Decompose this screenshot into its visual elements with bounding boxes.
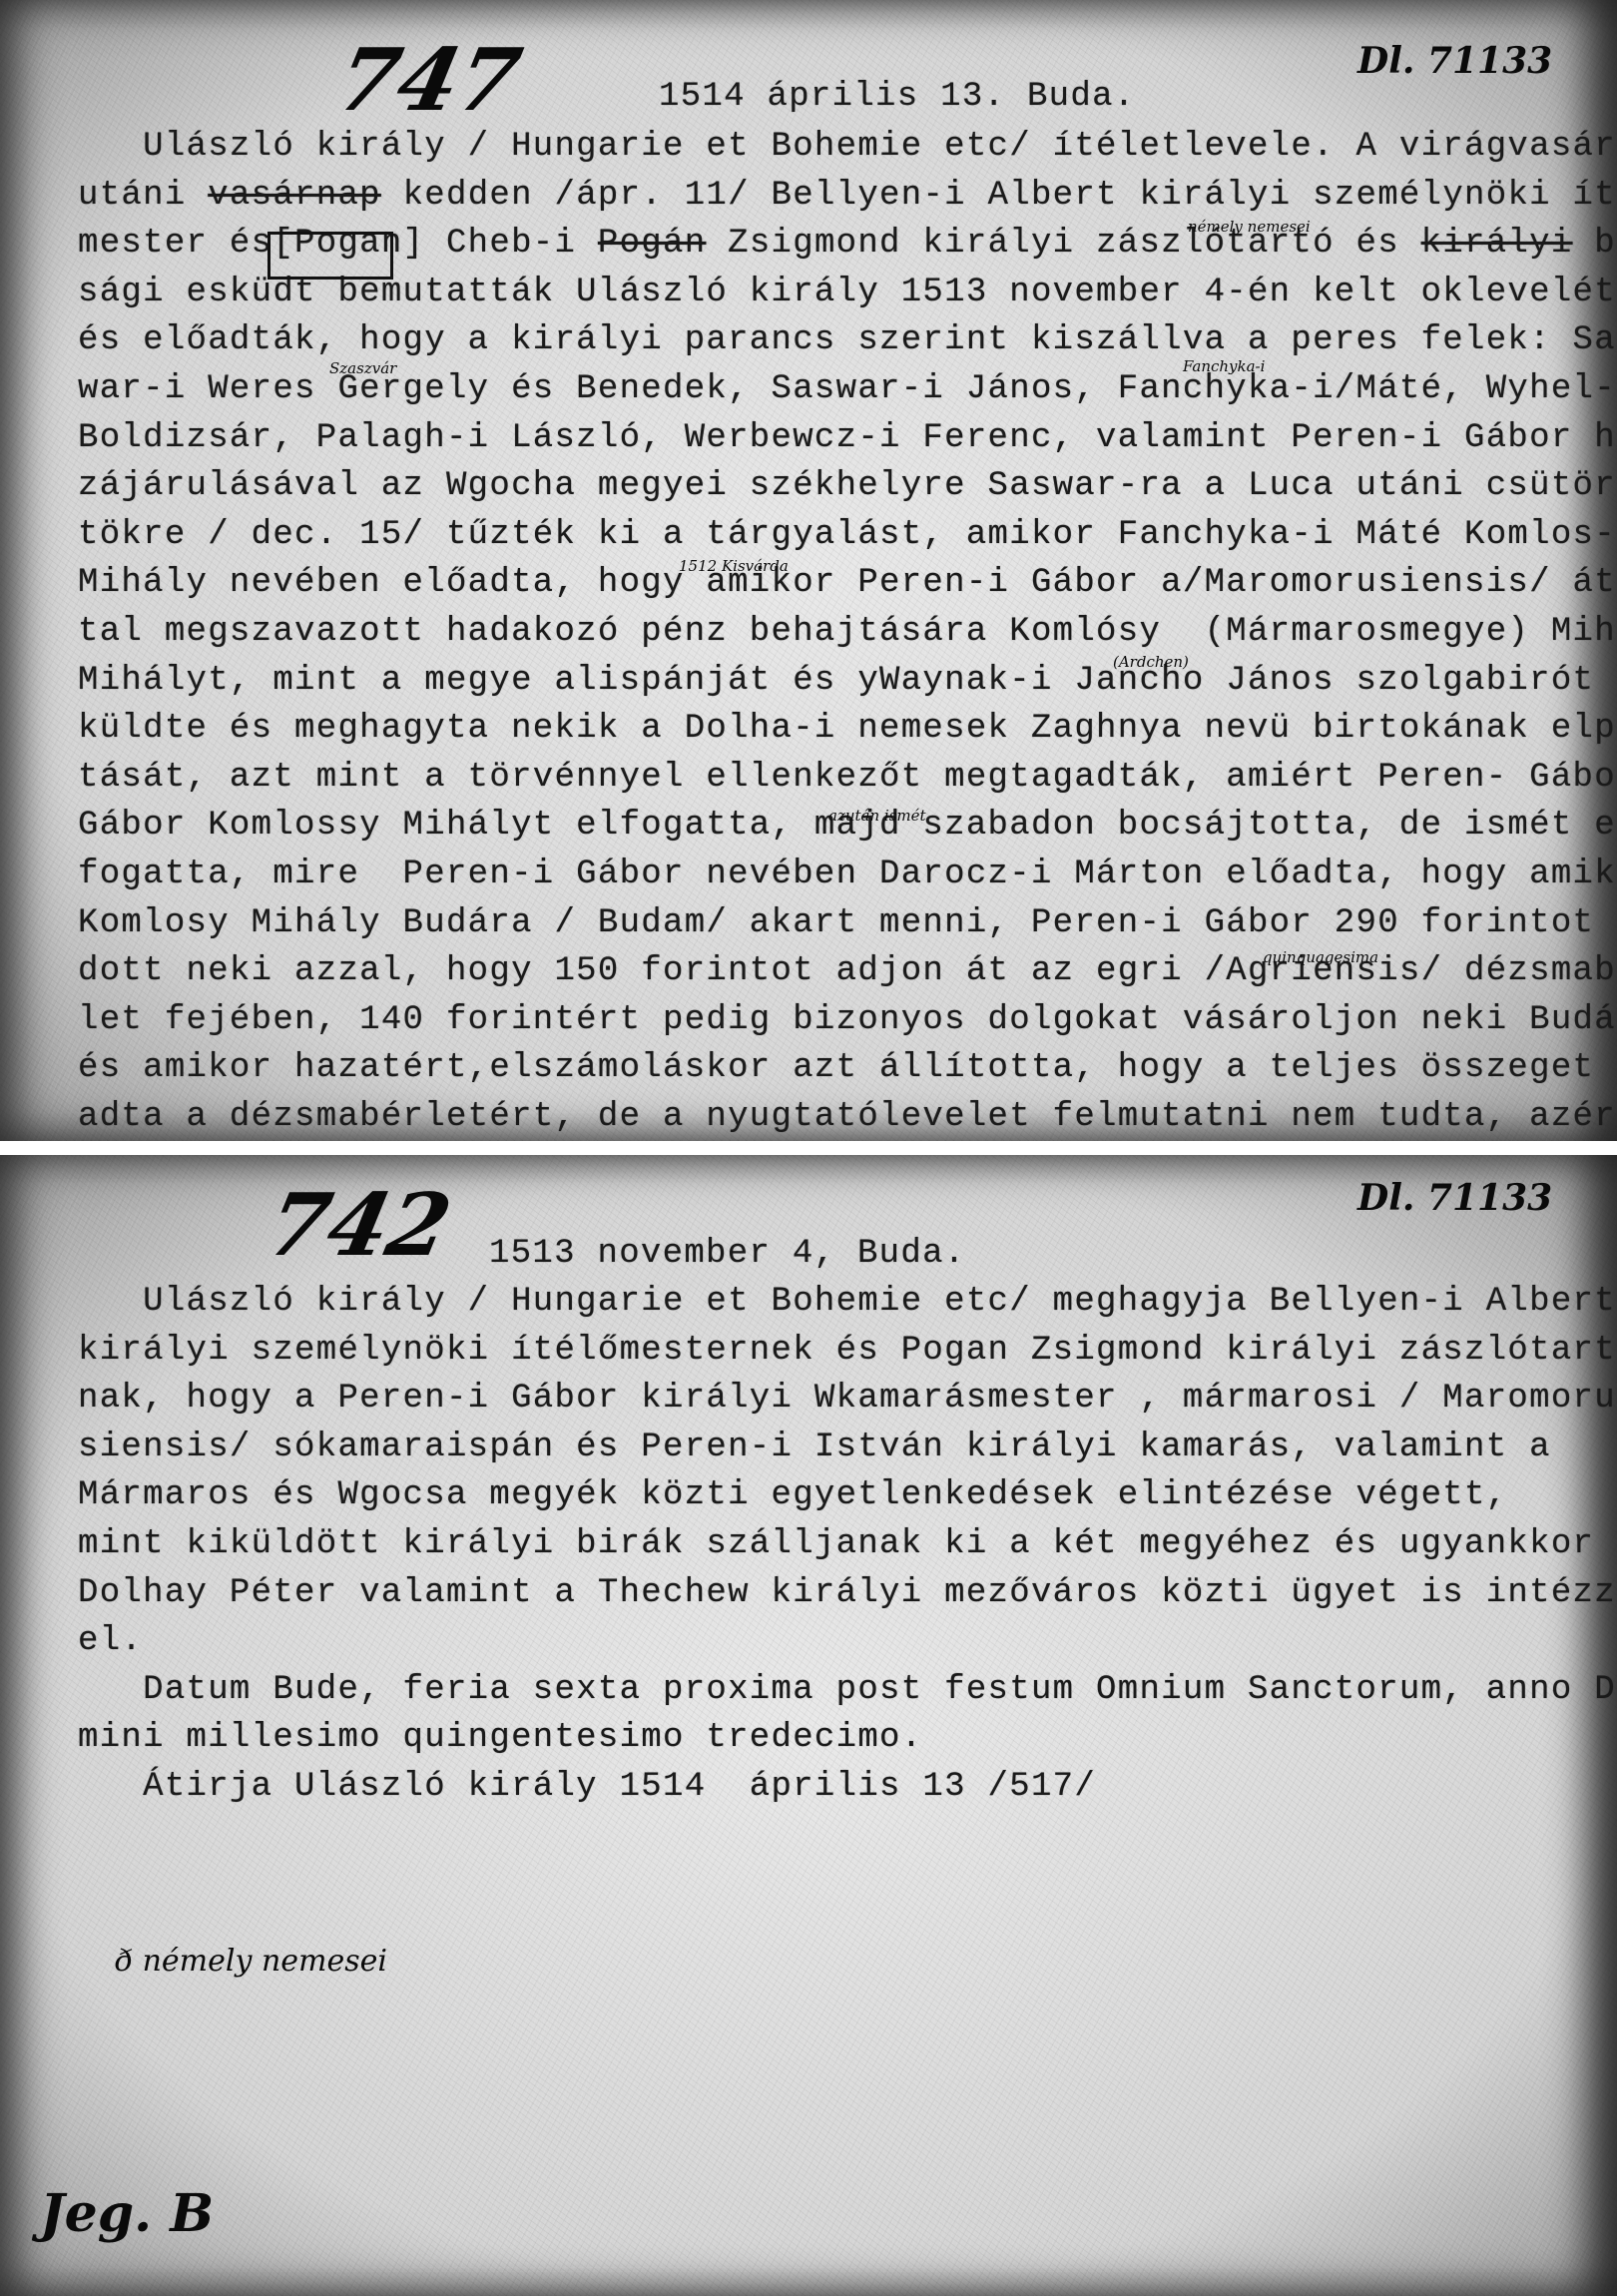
typed-line: és amikor hazatért,elszámoláskor azt áll… (78, 1049, 1617, 1087)
corner-initials: Jeg. B (40, 2183, 214, 2244)
pogan-box-mark (268, 232, 393, 280)
typed-line: el. (78, 1622, 143, 1660)
typed-line: és előadták, hogy a királyi parancs szer… (78, 321, 1617, 359)
typed-line: zájárulásával az Wgocha megyei székhelyr… (78, 467, 1617, 505)
typed-line: Mármaros és Wgocsa megyék közti egyetlen… (78, 1476, 1507, 1514)
typed-line: Mihályt, mint a megye alispánját és yWay… (78, 662, 1617, 700)
footnote-handwritten: ð némely nemesei (115, 1944, 387, 1979)
margin-note: azután ismét (828, 807, 926, 825)
typed-line: Dolhay Péter valamint a Thechew királyi … (78, 1574, 1617, 1612)
typed-line: mini millesimo quingentesimo tredecimo. (78, 1719, 922, 1757)
typed-line: Datum Bude, feria sexta proxima post fes… (78, 1671, 1617, 1709)
margin-note: (Ardchen) (1113, 653, 1189, 671)
typed-line: tását, azt mint a törvénnyel ellenkezőt … (78, 759, 1617, 797)
typed-line: királyi személynöki ítélőmesternek és Po… (78, 1332, 1617, 1370)
document-heading: 1513 november 4, Buda. (489, 1235, 965, 1273)
typed-line: Átirja Ulászló király 1514 április 13 /5… (78, 1768, 1096, 1806)
typed-line: Ulászló király / Hungarie et Bohemie etc… (78, 128, 1617, 166)
typed-line: küldte és meghagyta nekik a Dolha-i neme… (78, 710, 1617, 748)
archive-reference: Dl. 71133 (1357, 40, 1552, 82)
typed-line: Komlosy Mihály Budára / Budam/ akart men… (78, 904, 1617, 942)
typed-line: fogatta, mire Peren-i Gábor nevében Daro… (78, 856, 1617, 893)
handwritten-card-number: 742 (259, 1175, 459, 1276)
margin-note: 1512 Kisvárda (679, 557, 789, 575)
typed-line: utáni vasárnap kedden /ápr. 11/ Bellyen-… (78, 177, 1617, 215)
handwritten-card-number: 747 (328, 30, 529, 131)
margin-note: némely nemesei (1188, 218, 1311, 236)
typed-line: Ulászló király / Hungarie et Bohemie etc… (78, 1283, 1616, 1321)
margin-note: Fanchyka-i (1183, 357, 1265, 375)
typed-line: tökre / dec. 15/ tűzték ki a tárgyalást,… (78, 516, 1617, 554)
typed-line: nak, hogy a Peren-i Gábor királyi Wkamar… (78, 1380, 1617, 1418)
margin-note: Szaszvár (329, 359, 396, 377)
typed-line: mint kiküldött királyi birák szálljanak … (78, 1525, 1617, 1563)
archive-reference: Dl. 71133 (1357, 1177, 1552, 1219)
index-card-1514: 747 Dl. 71133 1514 április 13. Buda. Ulá… (0, 0, 1617, 1141)
index-card-1513: 742 Dl. 71133 1513 november 4, Buda. Ulá… (0, 1155, 1617, 2296)
typed-line: dott neki azzal, hogy 150 forintot adjon… (78, 952, 1617, 990)
typed-line: let fejében, 140 forintért pedig bizonyo… (78, 1001, 1617, 1039)
typed-line: war-i Weres Gergely és Benedek, Saswar-i… (78, 370, 1617, 408)
document-heading: 1514 április 13. Buda. (659, 78, 1135, 116)
typed-line: Boldizsár, Palagh-i László, Werbewcz-i F… (78, 419, 1617, 457)
typed-line: adta a dézsmabérletért, de a nyugtatólev… (78, 1098, 1617, 1136)
typed-line: tal megszavazott hadakozó pénz behajtásá… (78, 613, 1617, 651)
margin-note: quinquagesima (1263, 948, 1378, 966)
typed-line: Mihály nevében előadta, hogy amikor Pere… (78, 564, 1617, 602)
typed-line: siensis/ sókamaraispán és Peren-i István… (78, 1429, 1551, 1466)
